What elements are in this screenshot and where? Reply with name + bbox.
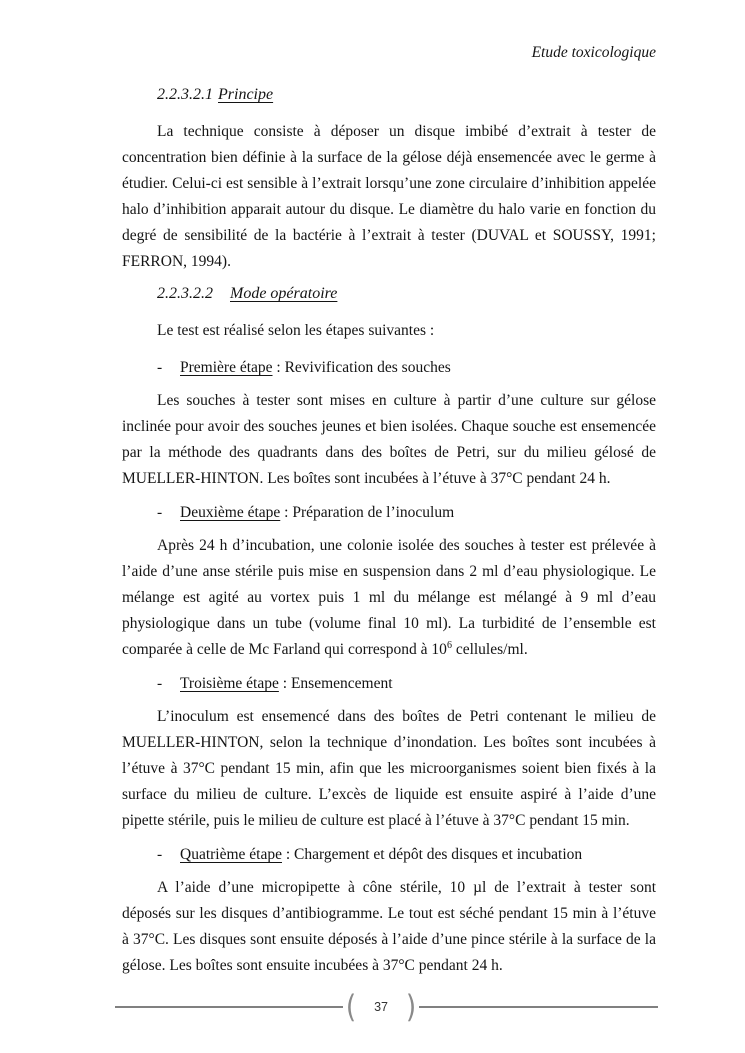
- paragraph-principe: La technique consiste à déposer un disqu…: [122, 119, 656, 275]
- step-name: Quatrième étape: [180, 846, 282, 863]
- section-title: Mode opératoire: [230, 285, 337, 302]
- footer-rule-left: [115, 1006, 343, 1008]
- dash-bullet: -: [157, 500, 180, 526]
- paragraph-troisieme-etape: L’inoculum est ensemencé dans des boîtes…: [122, 704, 656, 834]
- dash-bullet: -: [157, 842, 180, 868]
- document-content: 2.2.3.2.1Principe La technique consiste …: [122, 84, 656, 987]
- step-label: Préparation de l’inoculum: [292, 504, 454, 521]
- section-number: 2.2.3.2.2: [157, 285, 213, 302]
- step-separator: :: [273, 359, 285, 376]
- step-label: Revivification des souches: [285, 359, 451, 376]
- section-number: 2.2.3.2.1: [157, 86, 213, 103]
- step-separator: :: [279, 675, 291, 692]
- step-item-premiere-etape: -Première étape : Revivification des sou…: [157, 355, 656, 381]
- paragraph-text: Après 24 h d’incubation, une colonie iso…: [122, 537, 656, 658]
- dash-bullet: -: [157, 671, 180, 697]
- paragraph-text: cellules/ml.: [452, 641, 528, 658]
- step-item-quatrieme-etape: -Quatrième étape : Chargement et dépôt d…: [157, 842, 656, 868]
- step-label: Chargement et dépôt des disques et incub…: [294, 846, 582, 863]
- step-name: Troisième étape: [180, 675, 279, 692]
- running-header: Etude toxicologique: [122, 44, 656, 62]
- document-page: Etude toxicologique 2.2.3.2.1Principe La…: [0, 0, 745, 1053]
- page-footer: ( 37 ): [115, 990, 658, 1024]
- step-item-deuxieme-etape: -Deuxième étape : Préparation de l’inocu…: [157, 500, 656, 526]
- step-name: Deuxième étape: [180, 504, 280, 521]
- page-number: 37: [374, 1000, 388, 1014]
- steps-intro: Le test est réalisé selon les étapes sui…: [122, 318, 656, 344]
- section-heading-mode-operatoire: 2.2.3.2.2Mode opératoire: [157, 283, 656, 305]
- step-label: Ensemencement: [291, 675, 393, 692]
- step-separator: :: [282, 846, 294, 863]
- paragraph-deuxieme-etape: Après 24 h d’incubation, une colonie iso…: [122, 533, 656, 663]
- left-bracket-icon: (: [344, 990, 358, 1024]
- dash-bullet: -: [157, 355, 180, 381]
- section-title: Principe: [218, 86, 273, 103]
- step-item-troisieme-etape: -Troisième étape : Ensemencement: [157, 671, 656, 697]
- step-name: Première étape: [180, 359, 273, 376]
- step-separator: :: [280, 504, 292, 521]
- right-bracket-icon: ): [404, 990, 418, 1024]
- paragraph-quatrieme-etape: A l’aide d’une micropipette à cône stéri…: [122, 875, 656, 979]
- footer-rule-right: [419, 1006, 658, 1008]
- paragraph-premiere-etape: Les souches à tester sont mises en cultu…: [122, 388, 656, 492]
- section-heading-principe: 2.2.3.2.1Principe: [157, 84, 656, 106]
